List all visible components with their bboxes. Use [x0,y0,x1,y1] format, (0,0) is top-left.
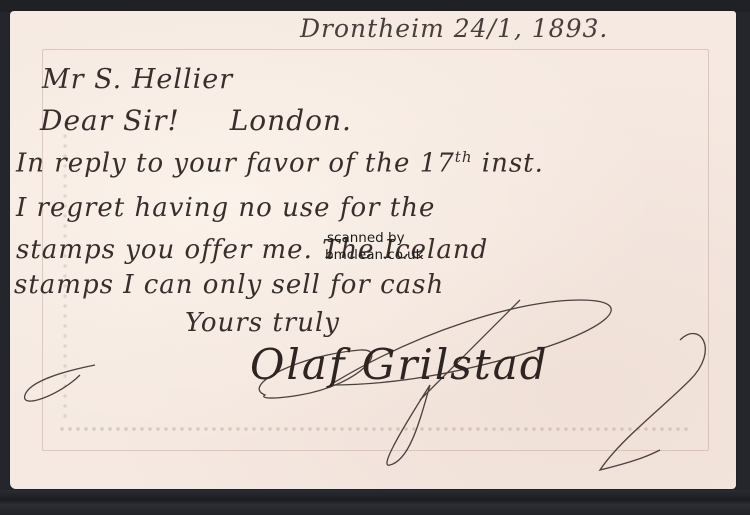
scan-frame-bottom [0,490,750,515]
addressee: Mr S. Hellier [42,64,233,95]
closing: Yours truly [185,308,340,338]
body-line-1-tail: inst. [473,149,544,179]
salutation-line: Dear Sir! London. [40,104,352,137]
body-line-1-text: In reply to your favor of the 17 [16,149,455,179]
watermark-line-2: bmclean.co.uk [325,247,423,264]
ordinal-suffix: th [455,148,473,166]
scan-watermark: scanned by bmclean.co.uk [325,230,423,264]
body-line-2: I regret having no use for the [16,193,435,223]
perforated-border-bottom [58,426,688,432]
salutation: Dear Sir! [40,104,180,137]
watermark-line-1: scanned by [325,230,423,247]
dateline: Drontheim 24/1, 1893. [300,14,608,43]
body-line-1: In reply to your favor of the 17th inst. [16,148,544,179]
city: London. [230,104,352,137]
signature: Olaf Grilstad [250,340,549,389]
body-line-4: stamps I can only sell for cash [14,270,444,300]
